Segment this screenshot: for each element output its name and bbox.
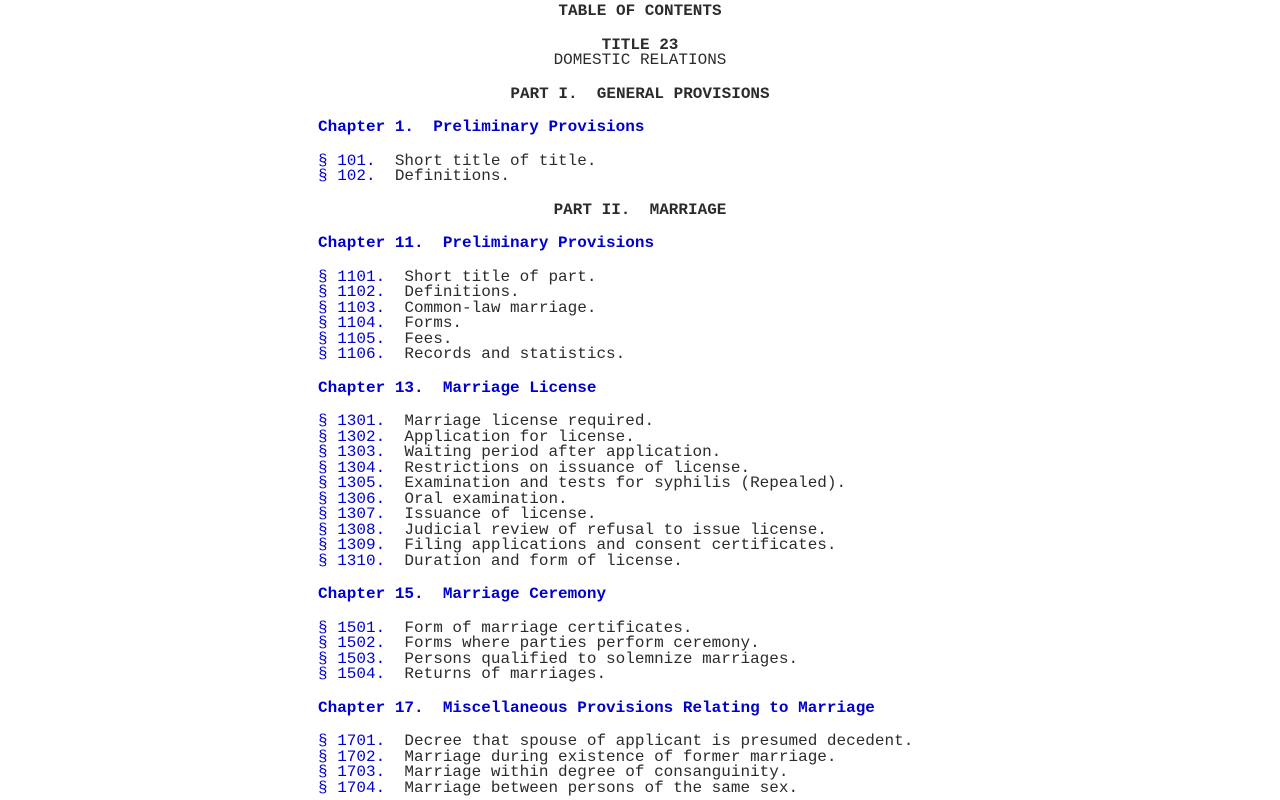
toc-heading: TABLE OF CONTENTS xyxy=(0,4,1280,20)
title-name: DOMESTIC RELATIONS xyxy=(0,53,1280,69)
toc-section-row: § 1101.Short title of part. xyxy=(0,270,1280,286)
toc-section-row: § 1301.Marriage license required. xyxy=(0,414,1280,430)
section-title: Definitions. xyxy=(395,167,510,185)
chapter-title: Marriage Ceremony xyxy=(443,585,606,603)
chapter-link[interactable]: Chapter 15.Marriage Ceremony xyxy=(318,585,606,603)
toc-section-row: § 1103.Common-law marriage. xyxy=(0,301,1280,317)
section-title: Duration and form of license. xyxy=(404,552,682,570)
toc-section-row: § 1104.Forms. xyxy=(0,316,1280,332)
chapter-title: Preliminary Provisions xyxy=(443,234,654,252)
toc-section-row: § 1105.Fees. xyxy=(0,332,1280,348)
chapter-title: Preliminary Provisions xyxy=(433,118,644,136)
toc-section-row: § 1704.Marriage between persons of the s… xyxy=(0,781,1280,797)
toc-section-row: § 1310.Duration and form of license. xyxy=(0,554,1280,570)
section-title: Records and statistics. xyxy=(404,345,625,363)
chapter-heading-row: Chapter 1.Preliminary Provisions xyxy=(0,120,1280,136)
chapter-heading-row: Chapter 17.Miscellaneous Provisions Rela… xyxy=(0,701,1280,717)
chapter-link[interactable]: Chapter 11.Preliminary Provisions xyxy=(318,234,654,252)
chapter-number: Chapter 1. xyxy=(318,118,414,136)
section-title: Returns of marriages. xyxy=(404,665,606,683)
toc-section-row: § 1305.Examination and tests for syphili… xyxy=(0,476,1280,492)
section-link[interactable]: § 1704. xyxy=(318,779,385,797)
chapter-heading-row: Chapter 11.Preliminary Provisions xyxy=(0,236,1280,252)
section-link[interactable]: § 1106. xyxy=(318,345,385,363)
part-heading: PART I. GENERAL PROVISIONS xyxy=(0,87,1280,103)
toc-section-row: § 1504.Returns of marriages. xyxy=(0,667,1280,683)
chapter-number: Chapter 11. xyxy=(318,234,424,252)
toc-section-row: § 1102.Definitions. xyxy=(0,285,1280,301)
chapter-title: Marriage License xyxy=(443,379,597,397)
chapter-link[interactable]: Chapter 1.Preliminary Provisions xyxy=(318,118,644,136)
section-link[interactable]: § 1310. xyxy=(318,552,385,570)
chapter-heading-row: Chapter 15.Marriage Ceremony xyxy=(0,587,1280,603)
section-link[interactable]: § 1504. xyxy=(318,665,385,683)
chapter-title: Miscellaneous Provisions Relating to Mar… xyxy=(443,699,875,717)
toc-section-row: § 102.Definitions. xyxy=(0,169,1280,185)
chapter-number: Chapter 17. xyxy=(318,699,424,717)
part-heading: PART II. MARRIAGE xyxy=(0,203,1280,219)
toc-section-row: § 101.Short title of title. xyxy=(0,154,1280,170)
toc-section-row: § 1306.Oral examination. xyxy=(0,492,1280,508)
toc-section-row: § 1503.Persons qualified to solemnize ma… xyxy=(0,652,1280,668)
section-link[interactable]: § 102. xyxy=(318,167,376,185)
chapter-link[interactable]: Chapter 17.Miscellaneous Provisions Rela… xyxy=(318,699,875,717)
toc-section-row: § 1106.Records and statistics. xyxy=(0,347,1280,363)
chapter-heading-row: Chapter 13.Marriage License xyxy=(0,381,1280,397)
chapter-number: Chapter 15. xyxy=(318,585,424,603)
chapter-link[interactable]: Chapter 13.Marriage License xyxy=(318,379,596,397)
chapter-number: Chapter 13. xyxy=(318,379,424,397)
section-title: Marriage between persons of the same sex… xyxy=(404,779,798,797)
